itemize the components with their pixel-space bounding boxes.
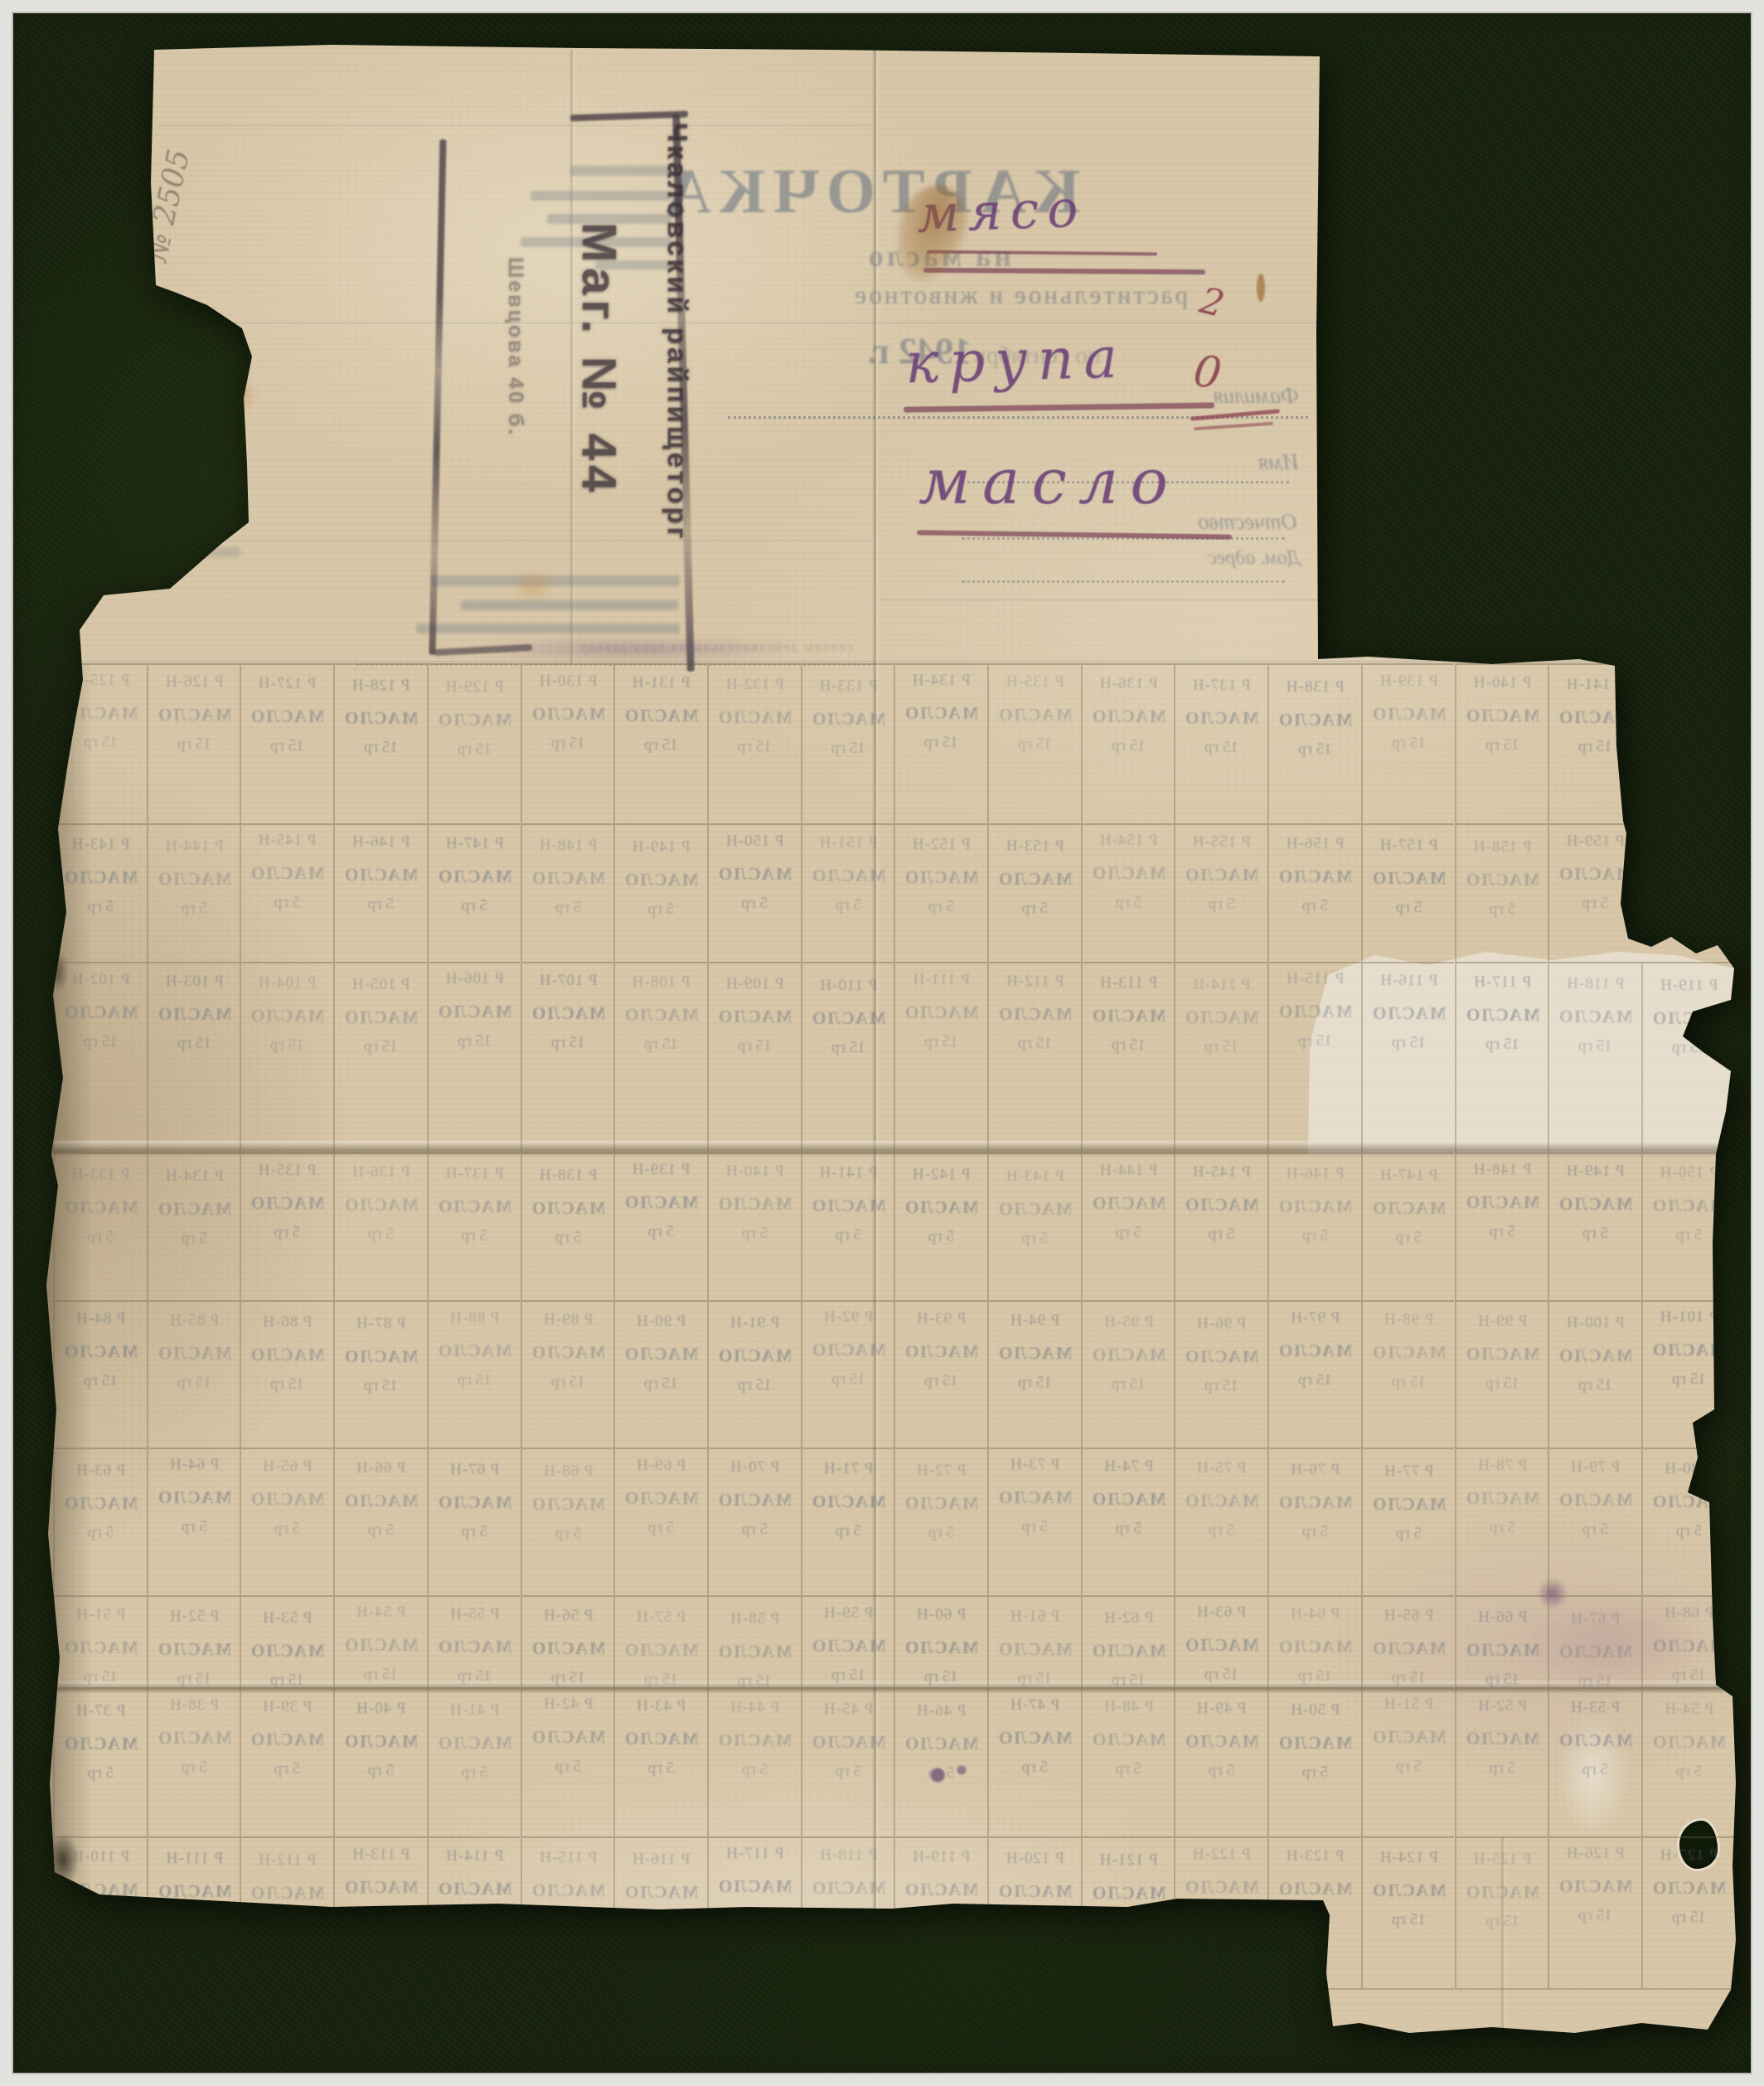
coupon-serial: Р 39-Н <box>263 1698 313 1716</box>
coupon-product: МАСЛО <box>1558 707 1633 728</box>
coupon-cell: Р 113-НМАСЛО15 гр <box>333 1836 427 1990</box>
coupon-serial: Р 100-Н <box>1566 1314 1625 1332</box>
coupon-cell-text: Р 95-НМАСЛО15 гр <box>1083 1303 1175 1448</box>
coupon-grams: 5 гр <box>181 1518 207 1536</box>
photo-scene: КАРТОЧКА на масло растительное и животно… <box>0 0 1764 2086</box>
coupon-serial: Р 99-Н <box>1477 1312 1527 1331</box>
coupon-cell-text: Р 73-НМАСЛО5 гр <box>989 1448 1081 1592</box>
coupon-serial: Р 40-Н <box>356 1700 405 1718</box>
coupon-cell: Р 62-НМАСЛО15 гр <box>1081 1595 1175 1687</box>
coupon-grams: 5 гр <box>274 1224 301 1242</box>
coupon-cell-text: Р 126-НМАСЛО15 гр <box>148 663 240 822</box>
coupon-product: МАСЛО <box>1277 1492 1353 1513</box>
coupon-serial: Р 70-Н <box>729 1458 779 1477</box>
coupon-grams: 15 гр <box>84 1910 118 1928</box>
coupon-grams: 5 гр <box>835 896 861 914</box>
coupon-product: МАСЛО <box>997 1004 1073 1025</box>
coupon-serial: Р 139-Н <box>1379 672 1438 691</box>
coupon-grams: 15 гр <box>84 1668 118 1686</box>
coupon-cell: Р 134-НМАСЛО5 гр <box>147 1152 240 1300</box>
coupon-grams: 15 гр <box>1018 1670 1052 1687</box>
coupon-product: МАСЛО <box>1371 1727 1447 1748</box>
coupon-product: МАСЛО <box>1651 1492 1727 1512</box>
coupon-grams: 5 гр <box>1489 1223 1515 1241</box>
coupon-cell: Р 123-НМАСЛО15 гр <box>1267 1836 1361 1990</box>
coupon-product: МАСЛО <box>437 710 512 730</box>
coupon-cell-text: Р 147-НМАСЛО5 гр <box>429 825 521 962</box>
coupon-cell-text: Р 103-НМАСЛО15 гр <box>148 963 240 1152</box>
coupon-serial: Р 133-Н <box>819 677 878 696</box>
coupon-cell: Р 80-НМАСЛО5 гр <box>1641 1448 1735 1595</box>
coupon-cell: Р 67-НМАСЛО5 гр <box>427 1448 521 1595</box>
coupon-cell-text: Р 43-НМАСЛО5 гр <box>615 1687 707 1835</box>
coupon-cell: Р 138-НМАСЛО15 гр <box>1267 663 1361 823</box>
coupon-product: МАСЛО <box>63 1341 138 1362</box>
coupon-cell: Р 102-НМАСЛО15 гр <box>53 962 147 1152</box>
coupon-serial: Р 147-Н <box>1379 1167 1438 1185</box>
coupon-grams: 5 гр <box>1395 1525 1422 1543</box>
coupon-product: МАСЛО <box>811 1492 886 1512</box>
coupon-cell: Р 148-НМАСЛО5 гр <box>1455 1152 1548 1300</box>
coupon-cell: Р 74-НМАСЛО5 гр <box>1081 1448 1175 1595</box>
coupon-cell-text: Р 41-НМАСЛО5 гр <box>429 1691 521 1836</box>
crease-top4 <box>880 599 1318 601</box>
coupon-serial: Р 144-Н <box>165 837 224 856</box>
coupon-grams: 15 гр <box>1018 1912 1052 1930</box>
coupon-grams: 15 гр <box>1298 740 1332 759</box>
coupon-cell: Р 106-НМАСЛО15 гр <box>427 962 521 1152</box>
coupon-cell-text: Р 157-НМАСЛО5 гр <box>1363 827 1455 962</box>
coupon-cell: Р 40-НМАСЛО5 гр <box>333 1687 427 1836</box>
coupon-cell: Р 54-НМАСЛО15 гр <box>333 1595 427 1687</box>
red-note-digit1: 2 <box>1195 279 1228 326</box>
card-subtitle2-mirrored: растительное и животное <box>736 280 1188 310</box>
coupon-cell-text: Р 68-НМАСЛО15 гр <box>1643 1595 1735 1685</box>
coupon-cell: Р 69-НМАСЛО5 гр <box>613 1448 707 1595</box>
coupon-cell: Р 42-НМАСЛО5 гр <box>521 1687 614 1836</box>
coupon-serial: Р 143-Н <box>1006 1167 1064 1186</box>
coupon-cell-text: Р 156-НМАСЛО5 гр <box>1269 825 1361 962</box>
coupon-grams: 15 гр <box>550 1669 584 1687</box>
coupon-cell-text: Р 134-НМАСЛО5 гр <box>148 1157 240 1300</box>
coupon-cell: Р 43-НМАСЛО5 гр <box>613 1687 707 1836</box>
coupon-cell: Р 139-НМАСЛО15 гр <box>1361 663 1455 823</box>
coupon-cell-text: Р 84-НМАСЛО15 гр <box>55 1300 147 1446</box>
coupon-cell-text: Р 79-НМАСЛО5 гр <box>1549 1448 1641 1594</box>
coupon-cell-text: Р 40-НМАСЛО5 гр <box>335 1690 427 1836</box>
coupon-cell: Р 70-НМАСЛО5 гр <box>707 1448 801 1595</box>
coupon-serial: Р 104-Н <box>258 974 317 992</box>
coupon-cell: Р 115-НМАСЛО15 гр <box>521 1836 614 1990</box>
coupon-cell-text: Р 58-НМАСЛО15 гр <box>709 1600 801 1687</box>
coupon-cell-text: Р 106-НМАСЛО15 гр <box>429 962 521 1149</box>
coupon-cell: Р 67-НМАСЛО15 гр <box>1548 1595 1641 1687</box>
coupon-cell-text: Р 110-НМАСЛО15 гр <box>55 1838 147 1988</box>
coupon-cell: Р 45-НМАСЛО5 гр <box>801 1687 894 1836</box>
coupon-product: МАСЛО <box>437 866 512 887</box>
coupon-product: МАСЛО <box>1277 710 1353 730</box>
coupon-cell: Р 134-НМАСЛО15 гр <box>894 663 987 823</box>
coupon-grams: 5 гр <box>1115 1760 1141 1778</box>
coupon-product: МАСЛО <box>1651 1008 1727 1029</box>
coupon-grams: 15 гр <box>1112 1671 1146 1687</box>
coupon-serial: Р 37-Н <box>75 1702 125 1720</box>
coupon-grams: 15 гр <box>177 1035 211 1053</box>
coupon-product: МАСЛО <box>623 1005 699 1026</box>
coupon-serial: Р 154-Н <box>1099 832 1158 850</box>
coupon-cell-text: Р 139-НМАСЛО5 гр <box>615 1152 707 1297</box>
coupon-cell: Р 56-НМАСЛО15 гр <box>521 1595 614 1687</box>
coupon-cell-text: Р 69-НМАСЛО5 гр <box>615 1448 707 1593</box>
coupon-serial: Р 148-Н <box>538 837 597 855</box>
coupon-product: МАСЛО <box>717 1346 792 1366</box>
stamp-org-text: Чкаловский райпищеторг <box>642 123 693 670</box>
coupon-cell-text: Р 37-НМАСЛО5 гр <box>55 1692 147 1836</box>
coupon-cell: Р 41-НМАСЛО5 гр <box>427 1687 521 1836</box>
coupon-grams: 5 гр <box>1302 1227 1329 1245</box>
coupon-product: МАСЛО <box>63 1734 138 1754</box>
coupon-cell-text: Р 154-НМАСЛО5 гр <box>1083 823 1175 958</box>
coupon-cell: Р 50-НМАСЛО5 гр <box>1267 1687 1361 1836</box>
coupon-serial: Р 41-Н <box>449 1701 499 1720</box>
coupon-product: МАСЛО <box>1277 1341 1353 1361</box>
coupon-cell-text: Р 99-НМАСЛО15 гр <box>1456 1303 1548 1448</box>
coupon-serial: Р 77-Н <box>1384 1463 1433 1481</box>
coupon-cell-text: Р 105-НМАСЛО15 гр <box>335 966 427 1152</box>
coupon-product: МАСЛО <box>1651 1878 1727 1899</box>
coupon-serial: Р 151-Н <box>819 834 878 852</box>
coupon-product: МАСЛО <box>904 867 979 888</box>
coupon-cell-text: Р 111-НМАСЛО15 гр <box>895 962 987 1150</box>
coupon-grams: 15 гр <box>364 1377 398 1395</box>
coupon-product: МАСЛО <box>1184 865 1259 885</box>
coupon-cell-text: Р 150-НМАСЛО5 гр <box>709 823 801 959</box>
coupon-cell: Р 86-НМАСЛО15 гр <box>240 1300 333 1448</box>
coupon-product: МАСЛО <box>717 1007 792 1027</box>
coupon-grams: 15 гр <box>644 1375 678 1393</box>
coupon-product: МАСЛО <box>157 869 232 890</box>
coupon-cell-text: Р 52-НМАСЛО15 гр <box>148 1598 240 1687</box>
coupon-cell: Р 147-НМАСЛО5 гр <box>427 823 521 962</box>
coupon-serial: Р 71-Н <box>823 1460 873 1478</box>
coupon-cell-text: Р 130-НМАСЛО15 гр <box>522 663 614 821</box>
coupon-cell-text: Р 112-НМАСЛО15 гр <box>989 963 1081 1152</box>
coupon-cell: Р 60-НМАСЛО15 гр <box>894 1595 987 1687</box>
coupon-cell-text: Р 136-НМАСЛО5 гр <box>335 1153 427 1299</box>
coupon-cell: Р 66-НМАСЛО15 гр <box>1455 1595 1548 1687</box>
coupon-grams: 5 гр <box>1209 895 1235 914</box>
coupon-grams: 5 гр <box>1115 1520 1141 1538</box>
coupon-product: МАСЛО <box>157 1199 232 1220</box>
coupon-cell-text: Р 145-НМАСЛО5 гр <box>241 823 333 958</box>
coupon-cell: Р 104-НМАСЛО15 гр <box>240 962 333 1152</box>
coupon-serial: Р 112-Н <box>1006 973 1064 991</box>
coupon-cell: Р 147-НМАСЛО5 гр <box>1361 1152 1455 1300</box>
red-note-underline2 <box>1194 422 1273 431</box>
coupon-serial: Р 127-Н <box>258 675 317 693</box>
coupon-cell: Р 143-НМАСЛО5 гр <box>987 1152 1081 1300</box>
coupon-product: МАСЛО <box>250 1729 325 1750</box>
coupon-cell: Р 93-НМАСЛО15 гр <box>894 1300 987 1448</box>
coupon-cell-text: Р 129-НМАСЛО15 гр <box>429 668 521 823</box>
coupon-product: МАСЛО <box>904 703 979 724</box>
coupon-grams: 15 гр <box>1578 1672 1612 1687</box>
coupon-product: МАСЛО <box>1091 706 1166 727</box>
coupon-cell: Р 111-НМАСЛО15 гр <box>894 962 987 1152</box>
coupon-grams: 15 гр <box>1298 1667 1332 1686</box>
coupon-cell: Р 49-НМАСЛО5 гр <box>1174 1687 1267 1836</box>
coupon-cell-text: Р 92-НМАСЛО15 гр <box>802 1300 894 1444</box>
coupon-grams: 5 гр <box>1582 1521 1609 1539</box>
coupon-cell: Р 91-НМАСЛО15 гр <box>707 1300 801 1448</box>
coupon-grams: 5 гр <box>461 1523 487 1541</box>
coupon-product: МАСЛО <box>1371 704 1447 725</box>
coupon-cell-text: Р 128-НМАСЛО15 гр <box>335 667 427 823</box>
coupon-product: МАСЛО <box>157 1728 232 1749</box>
coupon-grams: 5 гр <box>928 898 955 916</box>
coupon-cell: Р 78-НМАСЛО5 гр <box>1455 1448 1548 1595</box>
coupon-cell: Р 140-НМАСЛО5 гр <box>707 1152 801 1300</box>
coupon-serial: Р 65-Н <box>1384 1607 1433 1625</box>
coupon-grams: 15 гр <box>1672 1039 1706 1057</box>
coupon-cell: Р 135-НМАСЛО15 гр <box>987 663 1081 823</box>
coupon-grams: 15 гр <box>1204 739 1238 757</box>
coupon-grams: 15 гр <box>84 1372 118 1390</box>
coupon-cell-text: Р 89-НМАСЛО15 гр <box>522 1301 614 1447</box>
coupon-serial: Р 58-Н <box>729 1610 779 1628</box>
coupon-cell-text: Р 141-НМАСЛО5 гр <box>802 1154 894 1300</box>
coupon-serial: Р 135-Н <box>258 1162 317 1180</box>
coupon-cell-text: Р 66-НМАСЛО15 гр <box>1456 1598 1548 1687</box>
coupon-cell-text: Р 119-НМАСЛО15 гр <box>1643 967 1735 1152</box>
coupon-cell: Р 120-НМАСЛО15 гр <box>987 1836 1081 1990</box>
coupon-cell-text: Р 102-НМАСЛО15 гр <box>55 962 147 1150</box>
coupon-cell-text: Р 48-НМАСЛО5 гр <box>1083 1688 1175 1836</box>
coupon-grams: 15 гр <box>1392 735 1426 753</box>
coupon-grams: 15 гр <box>458 1909 492 1928</box>
coupon-serial: Р 130-Н <box>538 672 597 691</box>
fineprint-line <box>124 507 224 518</box>
coupon-cell-text: Р 66-НМАСЛО5 гр <box>335 1449 427 1595</box>
coupon-grams: 5 гр <box>1209 1762 1235 1780</box>
coupon-grams: 5 гр <box>181 1230 207 1248</box>
coupon-cell: Р 145-НМАСЛО5 гр <box>240 823 333 962</box>
coupon-serial: Р 93-Н <box>916 1310 966 1328</box>
coupon-cell-text: Р 47-НМАСЛО5 гр <box>989 1687 1081 1834</box>
coupon-grams: 15 гр <box>1392 1034 1426 1052</box>
coupon-cell: Р 58-НМАСЛО15 гр <box>707 1595 801 1687</box>
coupon-serial: Р 72-Н <box>916 1462 966 1480</box>
coupon-product: МАСЛО <box>811 709 886 730</box>
coupon-product: МАСЛО <box>1184 1635 1259 1656</box>
coupon-serial: Р 45-Н <box>823 1700 873 1719</box>
coupon-cell: Р 63-НМАСЛО15 гр <box>1174 1595 1267 1687</box>
coupon-product: МАСЛО <box>531 1880 606 1901</box>
coupon-grams: 15 гр <box>738 1376 772 1395</box>
coupon-serial: Р 51-Н <box>75 1606 125 1624</box>
coupon-cell-text: Р 112-НМАСЛО15 гр <box>241 1841 333 1990</box>
coupon-product: МАСЛО <box>997 1639 1073 1660</box>
coupon-cell: Р 146-НМАСЛО5 гр <box>333 823 427 962</box>
coupon-grams: 15 гр <box>1672 1666 1706 1685</box>
coupon-cell: Р 154-НМАСЛО5 гр <box>1081 823 1175 962</box>
coupon-product: МАСЛО <box>1091 1345 1166 1366</box>
coupon-product: МАСЛО <box>250 1006 325 1026</box>
coupon-serial: Р 42-Н <box>543 1695 593 1714</box>
coupon-cell: Р 126-НМАСЛО15 гр <box>1548 1836 1641 1990</box>
coupon-cell: Р 110-НМАСЛО15 гр <box>801 962 894 1152</box>
coupon-serial: Р 126-Н <box>1566 1845 1625 1863</box>
coupon-grams: 5 гр <box>1395 1229 1422 1247</box>
coupon-cell: Р 64-НМАСЛО15 гр <box>1267 1595 1361 1687</box>
coupon-cell: Р 44-НМАСЛО5 гр <box>707 1687 801 1836</box>
coupon-serial: Р 150-Н <box>725 832 784 851</box>
coupon-grams: 5 гр <box>1022 1518 1049 1536</box>
coupon-product: МАСЛО <box>1558 1490 1633 1511</box>
coupon-serial: Р 127-Н <box>1660 1846 1718 1865</box>
coupon-cell-text: Р 109-НМАСЛО15 гр <box>709 965 801 1152</box>
coupon-serial: Р 56-Н <box>543 1607 593 1625</box>
coupon-cell-text: Р 125-НМАСЛО15 гр <box>55 663 147 820</box>
coupon-cell-text: Р 123-НМАСЛО15 гр <box>1269 1837 1361 1987</box>
coupon-product: МАСЛО <box>437 1341 512 1361</box>
coupon-product: МАСЛО <box>157 1004 232 1025</box>
coupon-serial: Р 117-Н <box>1473 973 1531 992</box>
coupon-cell-text: Р 122-НМАСЛО15 гр <box>1175 1836 1267 1986</box>
coupon-product: МАСЛО <box>343 1346 419 1367</box>
coupon-cell-text: Р 133-НМАСЛО15 гр <box>802 667 894 823</box>
coupon-serial: Р 150-Н <box>1660 1164 1718 1182</box>
coupon-cell-text: Р 51-НМАСЛО5 гр <box>1363 1687 1455 1833</box>
coupon-product: МАСЛО <box>531 868 606 889</box>
dotted-rule-f3 <box>962 580 1285 583</box>
coupon-grams: 15 гр <box>1018 1374 1052 1392</box>
coupon-serial: Р 91-Н <box>729 1314 779 1332</box>
coupon-product: МАСЛО <box>1465 1488 1540 1509</box>
coupon-cell-text: Р 151-НМАСЛО5 гр <box>802 824 894 961</box>
coupon-grams: 15 гр <box>550 735 584 753</box>
coupon-product: МАСЛО <box>157 705 232 725</box>
coupon-cell: Р 59-НМАСЛО15 гр <box>801 1595 894 1687</box>
coupon-serial: Р 155-Н <box>1192 833 1251 851</box>
coupon-cell: Р 68-НМАСЛО15 гр <box>1641 1595 1735 1687</box>
coupon-product: МАСЛО <box>1184 1491 1259 1511</box>
coupon-cell-text: Р 54-НМАСЛО5 гр <box>1643 1691 1735 1836</box>
coupon-serial: Р 63-Н <box>1197 1603 1247 1622</box>
coupon-serial: Р 53-Н <box>263 1609 313 1628</box>
coupon-cell: Р 136-НМАСЛО5 гр <box>333 1152 427 1300</box>
coupon-serial: Р 136-Н <box>351 1163 410 1181</box>
coupon-cell: Р 38-НМАСЛО5 гр <box>147 1687 240 1836</box>
coupon-grams: 15 гр <box>924 1372 958 1390</box>
coupon-cell: Р 79-НМАСЛО5 гр <box>1548 1448 1641 1595</box>
coupon-cell-text: Р 138-НМАСЛО5 гр <box>522 1157 614 1300</box>
coupon-cell-text: Р 139-НМАСЛО15 гр <box>1363 663 1455 821</box>
coupon-grams: 5 гр <box>181 1759 207 1777</box>
coupon-cell-text: Р 94-НМАСЛО15 гр <box>989 1302 1081 1448</box>
coupon-cell-text: Р 49-НМАСЛО5 гр <box>1175 1690 1267 1836</box>
coupon-cell-text: Р 134-НМАСЛО15 гр <box>895 663 987 820</box>
coupon-grams: 15 гр <box>270 1375 304 1394</box>
coupon-product: МАСЛО <box>1465 1882 1540 1903</box>
coupon-serial: Р 89-Н <box>543 1311 593 1329</box>
coupon-serial: Р 57-Н <box>636 1608 686 1627</box>
fineprint-line <box>416 623 680 633</box>
coupon-cell-text: Р 138-НМАСЛО15 гр <box>1269 668 1361 823</box>
coupon-cell: Р 137-НМАСЛО5 гр <box>427 1152 521 1300</box>
coupon-cell: Р 99-НМАСЛО15 гр <box>1455 1300 1548 1448</box>
coupon-cell: Р 39-НМАСЛО5 гр <box>240 1687 333 1836</box>
coupon-product: МАСЛО <box>1277 1637 1353 1657</box>
coupon-grams: 5 гр <box>88 898 114 916</box>
coupon-grams: 15 гр <box>738 738 772 756</box>
coupon-serial: Р 131-Н <box>632 674 691 692</box>
coupon-serial: Р 38-Н <box>169 1696 219 1715</box>
coupon-grams: 5 гр <box>1395 1758 1422 1776</box>
coupon-grams: 15 гр <box>1392 1669 1426 1687</box>
coupon-serial: Р 98-Н <box>1384 1311 1433 1329</box>
coupon-cell: Р 113-НМАСЛО15 гр <box>1081 962 1175 1152</box>
coupon-product: МАСЛО <box>623 870 699 890</box>
coupon-cell-text: Р 136-НМАСЛО15 гр <box>1083 665 1175 823</box>
orange-spot1 <box>217 375 255 416</box>
coupon-product: МАСЛО <box>811 1878 886 1899</box>
coupon-product: МАСЛО <box>250 1489 325 1510</box>
crease-top1 <box>157 124 870 127</box>
stamp-extra-text: Шевцова 40 б. <box>494 257 527 605</box>
coupon-serial: Р 43-Н <box>636 1697 686 1715</box>
coupon-serial: Р 147-Н <box>445 835 504 853</box>
coupon-cell: Р 108-НМАСЛО15 гр <box>613 962 707 1152</box>
coupon-serial: Р 134-Н <box>165 1167 224 1186</box>
coupon-cell-text: Р 70-НМАСЛО5 гр <box>709 1448 801 1594</box>
coupon-grams: 15 гр <box>1298 1371 1332 1390</box>
coupon-serial: Р 68-Н <box>1664 1604 1713 1623</box>
coupon-serial: Р 78-Н <box>1477 1457 1527 1475</box>
coupon-grams: 5 гр <box>1675 1522 1702 1540</box>
coupon-serial: Р 116-Н <box>1379 972 1437 990</box>
coupon-grams: 15 гр <box>1672 1370 1706 1389</box>
coupon-cell: Р 151-НМАСЛО5 гр <box>801 823 894 962</box>
coupon-cell: Р 155-НМАСЛО5 гр <box>1174 823 1267 962</box>
coupon-grams: 5 гр <box>648 1519 675 1537</box>
coupon-grams: 15 гр <box>84 1033 118 1051</box>
coupon-cell-text: Р 88-НМАСЛО15 гр <box>429 1300 521 1445</box>
coupon-cell-text: Р 42-НМАСЛО5 гр <box>522 1687 614 1833</box>
coupon-serial: Р 64-Н <box>1290 1605 1340 1623</box>
coupon-serial: Р 80-Н <box>1664 1460 1713 1478</box>
coupon-serial: Р 143-Н <box>71 836 130 854</box>
coupon-cell: Р 141-НМАСЛО15 гр <box>1548 663 1641 823</box>
coupon-serial: Р 141-Н <box>1566 676 1625 694</box>
coupon-serial: Р 149-Н <box>632 838 691 856</box>
coupon-cell-text: Р 75-НМАСЛО5 гр <box>1175 1449 1267 1595</box>
coupon-grams: 5 гр <box>181 900 207 918</box>
coupon-cell-text: Р 119-НМАСЛО15 гр <box>895 1838 987 1988</box>
coupon-serial: Р 121-Н <box>1099 1851 1158 1870</box>
coupon-product: МАСЛО <box>343 1731 419 1752</box>
coupon-product: МАСЛО <box>1184 1346 1259 1367</box>
coupon-grams: 5 гр <box>461 1227 487 1245</box>
coupon-product: МАСЛО <box>1184 1731 1259 1752</box>
coupon-serial: Р 152-Н <box>912 836 971 854</box>
coupon-serial: Р 101-Н <box>1660 1308 1718 1327</box>
coupon-grams: 15 гр <box>177 1912 211 1930</box>
coupon-cell-text: Р 143-НМАСЛО5 гр <box>55 826 147 962</box>
coupon-product: МАСЛО <box>1091 1006 1166 1026</box>
coupon-grams: 15 гр <box>1204 1038 1238 1056</box>
coupon-cell: Р 116-НМАСЛО15 гр <box>613 1836 707 1990</box>
